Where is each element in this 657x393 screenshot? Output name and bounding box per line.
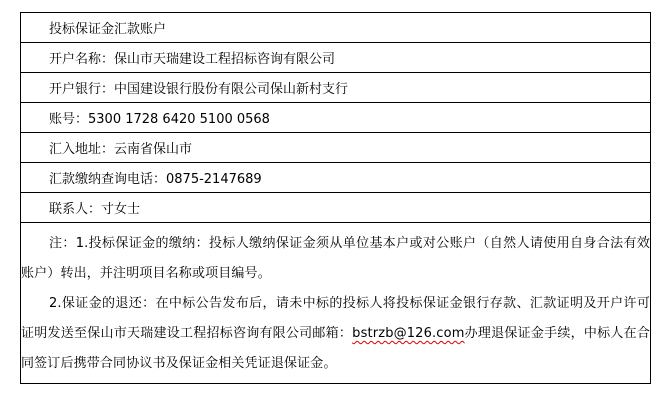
account-number: 账号：5300 1728 6420 5100 0568 [49, 108, 270, 127]
account-name: 开户名称：保山市天瑞建设工程招标咨询有限公司 [49, 48, 335, 67]
notes-cell: 注：1.投标保证金的缴纳：投标人缴纳保证金须从单位基本户或对公账户（自然人请使用… [21, 223, 650, 383]
contact-person: 联系人：寸女士 [49, 198, 140, 217]
table-title-row: 投标保证金汇款账户 [21, 13, 650, 43]
remit-address: 汇入地址：云南省保山市 [49, 138, 192, 157]
bank-row: 开户银行：中国建设银行股份有限公司保山新村支行 [21, 73, 650, 103]
email-link[interactable]: bstrzb@126.com [352, 326, 464, 341]
account-number-row: 账号：5300 1728 6420 5100 0568 [21, 103, 650, 133]
table-title: 投标保证金汇款账户 [49, 18, 166, 37]
account-name-row: 开户名称：保山市天瑞建设工程招标咨询有限公司 [21, 43, 650, 73]
contact-row: 联系人：寸女士 [21, 193, 650, 223]
deposit-account-table: 投标保证金汇款账户 开户名称：保山市天瑞建设工程招标咨询有限公司 开户银行：中国… [20, 12, 651, 384]
note-1: 注：1.投标保证金的缴纳：投标人缴纳保证金须从单位基本户或对公账户（自然人请使用… [21, 229, 650, 289]
phone-row: 汇款缴纳查询电话：0875-2147689 [21, 163, 650, 193]
note-2: 2.保证金的退还：在中标公告发布后，请未中标的投标人将投标保证金银行存款、汇款证… [21, 289, 650, 379]
address-row: 汇入地址：云南省保山市 [21, 133, 650, 163]
inquiry-phone: 汇款缴纳查询电话：0875-2147689 [49, 168, 262, 187]
bank-name: 开户银行：中国建设银行股份有限公司保山新村支行 [49, 78, 348, 97]
